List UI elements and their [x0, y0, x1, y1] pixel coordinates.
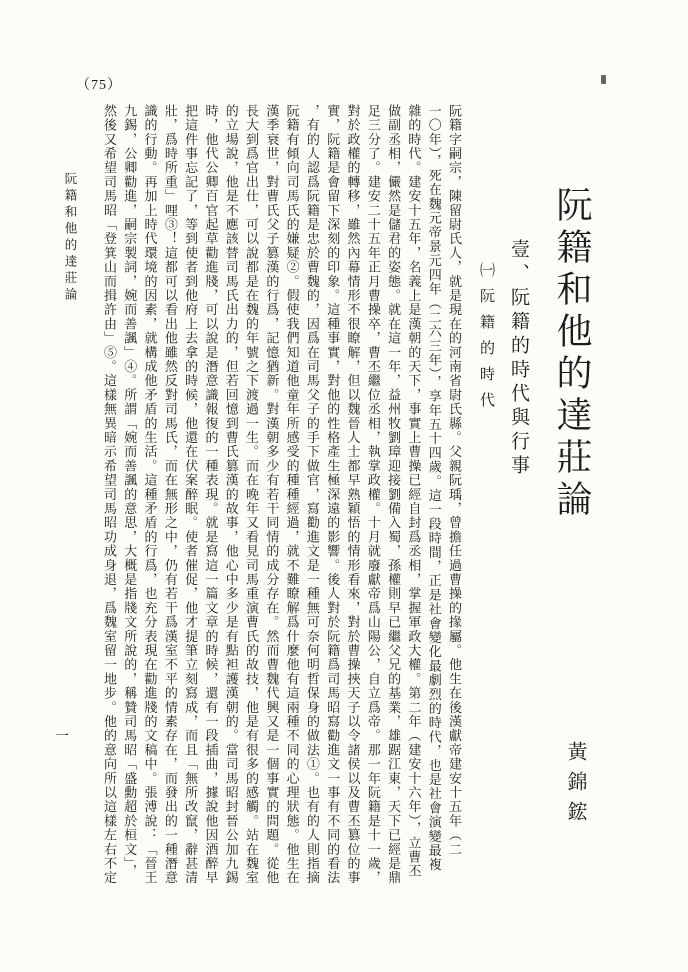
body-column: 阮籍字嗣宗，陳留尉氏人，就是現在的河南省尉氏縣。父親阮瑀，曾擔任過曹操的掾屬。他…	[444, 104, 464, 910]
body-column: 把這件事忘記了，等到使者到他府上去拿的時候，他還在伏案醉眠。使者催促，他才提筆立…	[180, 104, 200, 910]
body-column: 一〇年），死在魏元帝景元四年（二六三年），享年五十四歲。這一段時間，正是社會變化…	[423, 104, 443, 910]
scan-speck	[601, 75, 606, 84]
body-column: 九錫，公卿勸進，嗣宗製詞，婉而善諷」④。所謂「婉而善諷的意思，大概是指牋文所說的…	[119, 104, 139, 910]
body-column: 做副丞相，儼然是儲君的姿態。就在這一年，益州牧劉璋迎接劉備入蜀，孫權則早已繼父兄…	[383, 104, 403, 910]
author-name: 黃錦鋐	[560, 741, 590, 831]
body-column: 然後又希望司馬昭「登箕山而揖許由」⑤。這樣無異暗示希望司馬昭功成身退，爲魏室留一…	[99, 104, 119, 910]
body-column: 實，阮籍是會留下深刻的印象。這種事實，對他的性格產生極深遠的影響。後人對於阮籍爲…	[322, 104, 342, 910]
body-column: 漢季衰世，對曹氏父子篡漢的行爲，記憶猶新。對漢朝多少有若干同情的成分存在。然而曹…	[261, 104, 281, 910]
folio-number: （75）	[76, 74, 122, 94]
body-column: 長大到爲官出仕，可以說都是在魏的年號之下渡過一生。而在晚年又看見司馬重演曹氏的故…	[241, 104, 261, 910]
body-column: 識的行動。再加上時代環境的因素，就構成他矛盾的生活。這種矛盾的行爲，也充分表現在…	[139, 104, 159, 910]
body-column: 的立場說，他是不應該替司馬氏出力的，但若回憶到曹氏篡漢的故事，他心中多少是有點袒…	[220, 104, 240, 910]
body-text: 阮籍字嗣宗，陳留尉氏人，就是現在的河南省尉氏縣。父親阮瑀，曾擔任過曹操的掾屬。他…	[98, 104, 464, 910]
section-heading: 壹、阮籍的時代與行事	[505, 239, 531, 479]
subsection-heading: ㈠阮籍的時代	[475, 262, 497, 418]
body-column: 雜的時代。建安十五年，名義上是漢朝的天下，事實上曹操已經自封爲丞相，掌握軍政大權…	[403, 104, 423, 910]
margin-running-title: 阮籍和他的達莊論	[61, 172, 78, 304]
scanned-paper-page: （75） 阮籍和他的達莊論 壹、阮籍的時代與行事 ㈠阮籍的時代 黃錦鋐 阮籍字嗣…	[0, 0, 688, 972]
body-column: ，有的人認爲阮籍是忠於曹魏的，因爲在司馬父子的手下做官，寫勸進文是一種無可奈何明…	[302, 104, 322, 910]
body-column: 時，他代公卿百官起草勸進牋，可以說是潛意識報復的一種表現。就是寫這一篇文章的時候…	[200, 104, 220, 910]
page-number: 一	[55, 726, 69, 746]
body-column: 壯，爲時所重」哩③！這都可以看出他雖然反對司馬氏，而在無形之中，仍有若干爲漢室不…	[160, 104, 180, 910]
article-title: 阮籍和他的達莊論	[549, 186, 595, 522]
body-column: 阮籍有傾向司馬氏的嫌疑②。假使我們知道他童年所感受的種種經過，就不難瞭解爲什麼他…	[281, 104, 301, 910]
body-column: 足三分了。建安二十五年正月曹操卒，曹丕繼位丞相，執掌政權。十月就廢獻帝爲山陽公，…	[363, 104, 383, 910]
body-column: 對於政權的轉移，雖然內幕情形不很瞭解，但以魏晉人士都早熟穎悟的情形看來，對於曹操…	[342, 104, 362, 910]
